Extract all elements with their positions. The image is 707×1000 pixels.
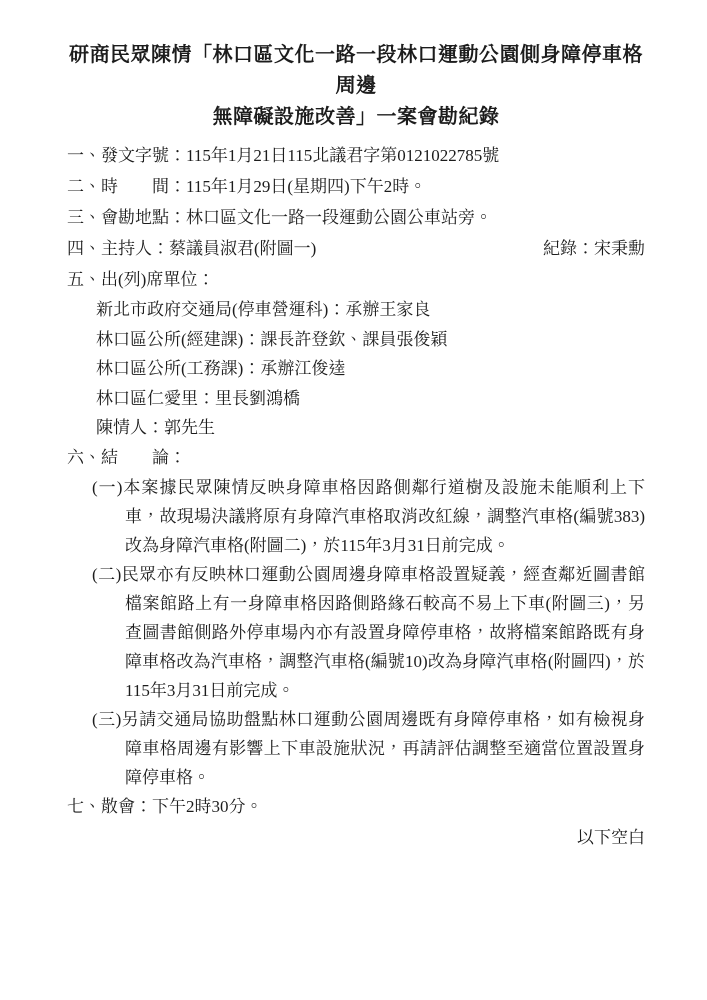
field-number: 二、 <box>67 177 101 196</box>
field-number: 七、 <box>67 797 101 816</box>
blank-below-note: 以下空白 <box>67 823 645 853</box>
conclusion-item-text: 本案據民眾陳情反映身障車格因路側鄰行道樹及設施未能順利上下車，故現場決議將原有身… <box>122 478 645 555</box>
attendee-row: 新北市政府交通局(停車營運科)：承辦王家良 <box>96 295 645 325</box>
field-number: 三、 <box>67 208 101 227</box>
field-host: 四、主持人：蔡議員淑君(附圖一) 紀錄：宋秉勳 <box>67 233 645 264</box>
meeting-record-document: 研商民眾陳情「林口區文化一路一段林口運動公園側身障停車格周邊 無障礙設施改善」一… <box>0 0 707 1000</box>
field-value: 115年1月29日(星期四)下午2時。 <box>186 177 426 196</box>
attendee-row: 林口區公所(工務課)：承辦江俊逵 <box>96 354 645 384</box>
document-title-line2: 無障礙設施改善」一案會勘紀錄 <box>213 106 500 128</box>
field-label: 發文字號： <box>101 146 186 165</box>
field-number: 五、 <box>67 270 101 289</box>
field-number: 一、 <box>67 146 101 165</box>
field-doc-number: 一、發文字號：115年1月21日115北議君字第0121022785號 <box>67 140 645 171</box>
document-title: 研商民眾陳情「林口區文化一路一段林口運動公園側身障停車格周邊 無障礙設施改善」一… <box>67 40 645 133</box>
recorder-credit: 紀錄：宋秉勳 <box>543 233 645 264</box>
conclusion-heading: 六、結 論： <box>67 443 645 473</box>
field-value: 下午2時30分。 <box>152 797 263 816</box>
conclusion-item-number: (一) <box>92 478 122 497</box>
conclusion-item-1: (一)本案據民眾陳情反映身障車格因路側鄰行道樹及設施未能順利上下車，故現場決議將… <box>67 473 645 560</box>
conclusion-item-3: (三)另請交通局協助盤點林口運動公園周邊既有身障停車格，如有檢視身障車格周邊有影… <box>67 705 645 792</box>
field-number: 六、 <box>67 448 101 467</box>
field-number: 四、 <box>67 239 101 258</box>
conclusion-item-text: 另請交通局協助盤點林口運動公園周邊既有身障停車格，如有檢視身障車格周邊有影響上下… <box>121 710 645 787</box>
attendee-row: 林口區公所(經建課)：課長許登欽、課員張俊穎 <box>96 325 645 355</box>
conclusion-list: (一)本案據民眾陳情反映身障車格因路側鄰行道樹及設施未能順利上下車，故現場決議將… <box>67 473 645 792</box>
conclusion-item-number: (二) <box>92 565 121 584</box>
field-value: 蔡議員淑君(附圖一) <box>169 239 316 258</box>
attendee-row: 陳情人：郭先生 <box>96 413 645 443</box>
field-label: 結 論： <box>101 448 186 467</box>
document-title-line1: 研商民眾陳情「林口區文化一路一段林口運動公園側身障停車格周邊 <box>69 44 643 97</box>
field-time: 二、時 間：115年1月29日(星期四)下午2時。 <box>67 171 645 202</box>
field-label: 主持人： <box>101 239 169 258</box>
field-label: 時 間： <box>101 177 186 196</box>
field-attending-units: 五、出(列)席單位： <box>67 264 645 295</box>
conclusion-item-2: (二)民眾亦有反映林口運動公園周邊身障車格設置疑義，經查鄰近圖書館檔案館路上有一… <box>67 560 645 705</box>
field-value: 林口區文化一路一段運動公園公車站旁。 <box>186 208 492 227</box>
adjournment-line: 七、散會：下午2時30分。 <box>67 792 645 822</box>
field-label: 會勘地點： <box>101 208 186 227</box>
field-value: 115年1月21日115北議君字第0121022785號 <box>186 146 499 165</box>
attendee-list: 新北市政府交通局(停車營運科)：承辦王家良 林口區公所(經建課)：課長許登欽、課… <box>67 295 645 443</box>
conclusion-item-number: (三) <box>92 710 121 729</box>
attendee-row: 林口區仁愛里：里長劉鴻橋 <box>96 384 645 414</box>
field-label: 出(列)席單位： <box>101 270 214 289</box>
field-label: 散會： <box>101 797 152 816</box>
conclusion-item-text: 民眾亦有反映林口運動公園周邊身障車格設置疑義，經查鄰近圖書館檔案館路上有一身障車… <box>121 565 645 700</box>
field-list: 一、發文字號：115年1月21日115北議君字第0121022785號 二、時 … <box>67 140 645 295</box>
field-location: 三、會勘地點：林口區文化一路一段運動公園公車站旁。 <box>67 202 645 233</box>
